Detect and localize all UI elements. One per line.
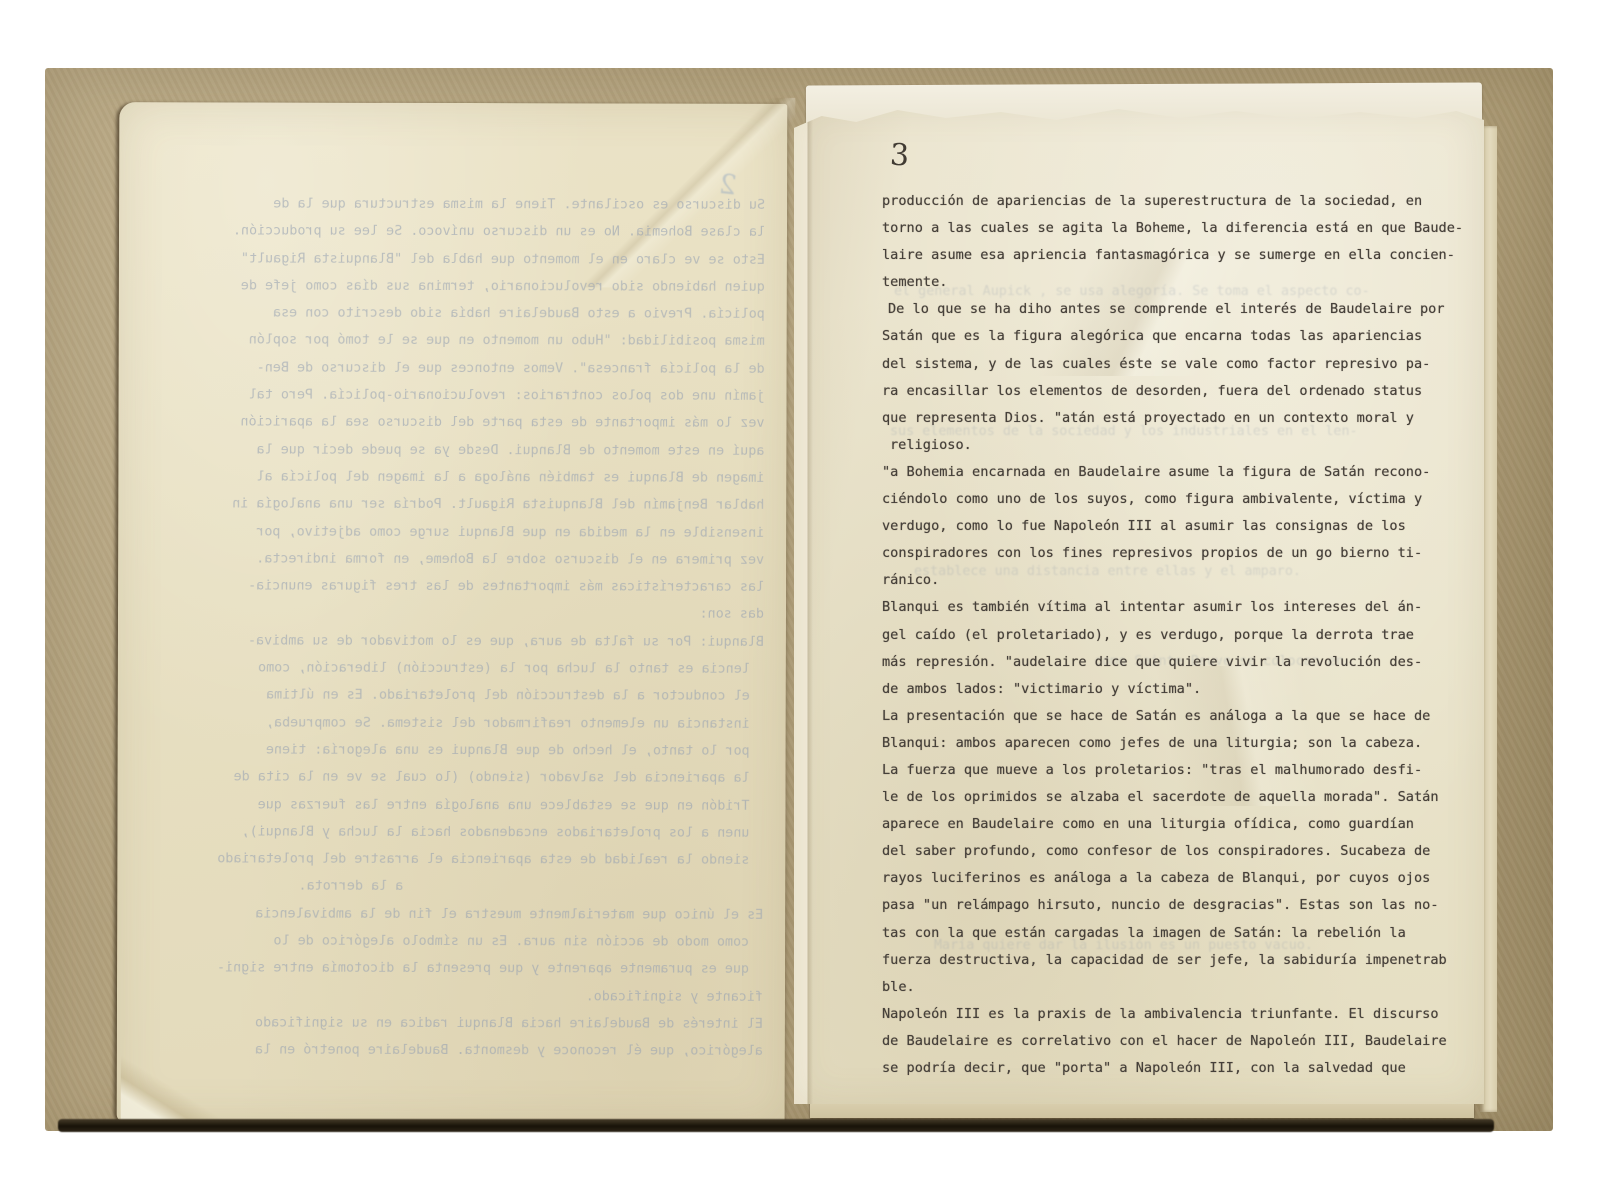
typed-text-line: laire asume esa apriencia fantasmagórica… bbox=[882, 242, 1463, 269]
ghost-text-line: ficante y significado. bbox=[147, 982, 763, 1011]
ghost-text-line: unen a los proletariados encadenados hac… bbox=[147, 818, 763, 847]
typed-text-line: Napoleón III es la praxis de la ambivale… bbox=[882, 1001, 1463, 1028]
ghost-text-line: policía. Previo a esto Baudelaire había … bbox=[149, 299, 765, 328]
ghost-text-line: el conductor a la destrucción del prolet… bbox=[148, 682, 764, 711]
ghost-text-line: vez primera en el discurso sobre la Bohe… bbox=[148, 545, 764, 574]
ghost-text-line: lencia es tanto la lucha por la (estrucc… bbox=[148, 654, 764, 683]
ghost-text-line: jamín une dos polos contrarios: revoluci… bbox=[149, 381, 765, 410]
typed-text-line: tas con la que están cargadas la imagen … bbox=[882, 920, 1463, 947]
ghost-text-line: alegórico, que él reconoce y desmonta. B… bbox=[147, 1036, 763, 1065]
scanner-shadow bbox=[58, 1119, 1494, 1132]
typed-text-line: Blanqui: ambos aparecen como jefes de un… bbox=[882, 730, 1463, 757]
typed-text-line: religioso. bbox=[882, 432, 1463, 459]
typed-text-line: De lo que se ha diho antes se comprende … bbox=[882, 296, 1463, 323]
ghost-text-line: de la policía francesa". Vemos entonces … bbox=[149, 354, 765, 383]
typed-text-line: más represión. "audelaire dice que quier… bbox=[882, 649, 1463, 676]
typed-text-line: torno a las cuales se agita la Boheme, l… bbox=[882, 215, 1463, 242]
mirrored-ghost-text: Su discurso es oscilante. Tiene la misma… bbox=[147, 190, 765, 1065]
ghost-text-line: Tridón en que se establece una analogía … bbox=[147, 791, 763, 820]
typed-text-line: verdugo, como lo fue Napoleón III al asu… bbox=[882, 513, 1463, 540]
ghost-text-line: la clase Bohemia. No es un discurso unív… bbox=[149, 218, 765, 247]
ghost-text-line: siendo la realidad de esta apariencia el… bbox=[147, 845, 763, 874]
ghost-text-line: hablar Benjamín del Blanquista Rigault. … bbox=[148, 490, 764, 519]
ghost-text-line: como modo de acción sin aura. Es un símb… bbox=[147, 927, 763, 956]
ghost-text-line: por lo tanto, el hecho de que Blanqui es… bbox=[148, 736, 764, 765]
ghost-text-line: la apariencia del salvador (siendo) (lo … bbox=[148, 763, 764, 792]
ghost-text-line: Blanqui: Por su falta de aura, que es lo… bbox=[148, 627, 764, 656]
typed-text-line: conspiradores con los fines represivos p… bbox=[882, 540, 1463, 567]
ghost-text-line: Es el único que materialmente muestra el… bbox=[147, 900, 763, 929]
scanned-typescript-spread: 2 Su discurso es oscilante. Tiene la mis… bbox=[0, 0, 1600, 1200]
typed-text-line: fuerza destructiva, la capacidad de ser … bbox=[882, 947, 1463, 974]
ghost-text-line: Su discurso es oscilante. Tiene la misma… bbox=[149, 190, 765, 219]
handwritten-page-number: 3 bbox=[889, 138, 910, 174]
typed-text-line: Blanqui es también vítima al intentar as… bbox=[882, 594, 1463, 621]
typed-text-line: ble. bbox=[882, 974, 1463, 1001]
typed-text-line: rayos luciferinos es análoga a la cabeza… bbox=[882, 865, 1463, 892]
typed-text-line: Satán que es la figura alegórica que enc… bbox=[882, 323, 1463, 350]
typed-text-line: ra encasillar los elementos de desorden,… bbox=[882, 378, 1463, 405]
typed-text-line: del sistema, y de las cuales éste se val… bbox=[882, 351, 1463, 378]
typed-text-line: ciéndolo como uno de los suyos, como fig… bbox=[882, 486, 1463, 513]
typed-text-line: gel caído (el proletariado), y es verdug… bbox=[882, 622, 1463, 649]
typed-text-line: ránico. bbox=[882, 567, 1463, 594]
typewritten-text: producción de apariencias de la superest… bbox=[882, 188, 1463, 1082]
ghost-text-line: insensible en la medida en que Blanqui s… bbox=[148, 518, 764, 547]
typed-text-line: temente. bbox=[882, 269, 1463, 296]
typed-text-line: le de los oprimidos se alzaba el sacerdo… bbox=[882, 784, 1463, 811]
ghost-text-line: que es puramente aparente y que presenta… bbox=[147, 955, 763, 984]
ghost-text-line: Esto se ve claro en el momento que habla… bbox=[149, 245, 765, 274]
ghost-text-line: las características más importantes de l… bbox=[148, 572, 764, 601]
ghost-text-line: quien habiendo sido revolucionario, term… bbox=[149, 272, 765, 301]
typed-text-line: La presentación que se hace de Satán es … bbox=[882, 703, 1463, 730]
ghost-text-line: a la derrota. bbox=[147, 873, 763, 902]
typed-text-line: de Baudelaire es correlativo con el hace… bbox=[882, 1028, 1463, 1055]
ghost-text-line: das son: bbox=[148, 600, 764, 629]
ghost-text-line: instancia un elemento reafirmador del si… bbox=[148, 709, 764, 738]
typed-text-line: pasa "un relámpago hirsuto, nuncio de de… bbox=[882, 892, 1463, 919]
ghost-text-line: aquí en este momento de Blanqui. Desde y… bbox=[148, 436, 764, 465]
typed-text-line: aparece en Baudelaire como en una liturg… bbox=[882, 811, 1463, 838]
typed-text-line: "a Bohemia encarnada en Baudelaire asume… bbox=[882, 459, 1463, 486]
ghost-text-line: imagen de Blanqui es también análoga a l… bbox=[148, 463, 764, 492]
typed-text-line: La fuerza que mueve a los proletarios: "… bbox=[882, 757, 1463, 784]
typed-text-line: se podría decir, que "porta" a Napoleón … bbox=[882, 1055, 1463, 1082]
typed-text-line: del saber profundo, como confesor de los… bbox=[882, 838, 1463, 865]
left-page-verso: 2 Su discurso es oscilante. Tiene la mis… bbox=[117, 102, 788, 1124]
typed-text-line: producción de apariencias de la superest… bbox=[882, 188, 1463, 215]
ghost-text-line: misma posibilidad: "Hubo un momento en q… bbox=[149, 327, 765, 356]
typed-text-line: de ambos lados: "victimario y víctima". bbox=[882, 676, 1463, 703]
ghost-text-line: El interés de Baudelaire hacia Blanqui r… bbox=[147, 1009, 763, 1038]
ghost-text-line: vez lo más importante de esta parte del … bbox=[148, 409, 764, 438]
right-page-recto: el general Aupick , se usa alegoría. Se … bbox=[794, 106, 1484, 1104]
typed-text-line: que representa Dios. "atán está proyecta… bbox=[882, 405, 1463, 432]
